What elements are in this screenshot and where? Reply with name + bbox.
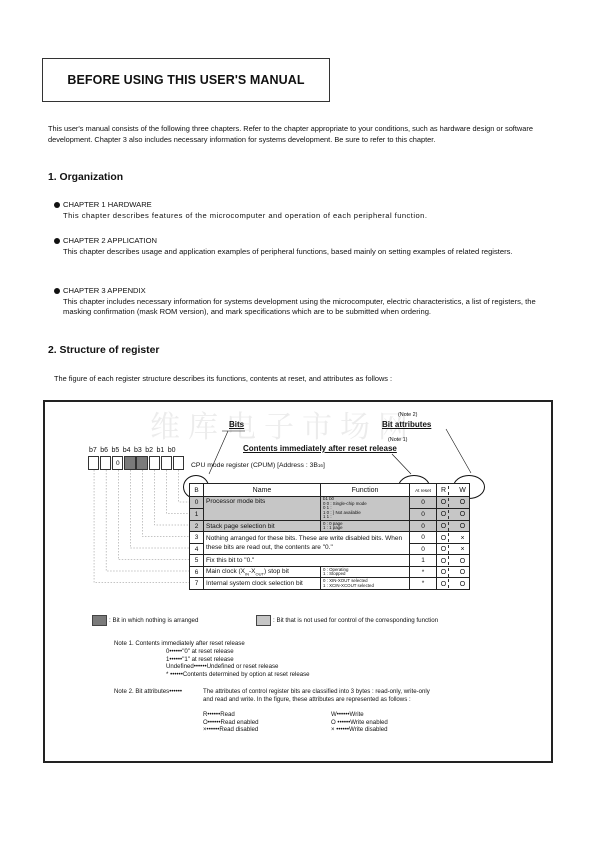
col-b: B bbox=[190, 484, 204, 497]
row-at-reset: 0 bbox=[410, 532, 437, 544]
row-rw: OO bbox=[437, 497, 470, 509]
col-name: Name bbox=[204, 484, 321, 497]
row-function: 0 : XIN-XOUT selected1 : XCIN-XCOUT sele… bbox=[321, 578, 410, 590]
col-at-reset: At reset bbox=[410, 484, 437, 497]
note1-items: 0••••••"0" at reset release 1••••••"1" a… bbox=[166, 648, 310, 678]
register-table: B Name Function At reset RW 0 Processor … bbox=[189, 483, 470, 590]
row-function: 0 : 0 page1 : 1 page bbox=[321, 520, 410, 532]
col-function: Function bbox=[321, 484, 410, 497]
row-at-reset: 1 bbox=[410, 555, 437, 567]
row-rw: O× bbox=[437, 543, 470, 555]
row-name: Stack page selection bit bbox=[204, 520, 321, 532]
col-rw: RW bbox=[437, 484, 470, 497]
note2-text: The attributes of control register bits … bbox=[203, 688, 430, 703]
row-rw: OO bbox=[437, 578, 470, 590]
row-b: 6 bbox=[190, 566, 204, 578]
row-function: b1 b00 0 : Single-chip mode0 1 :1 0 : } … bbox=[321, 497, 410, 521]
row-b: 4 bbox=[190, 543, 204, 555]
row-b: 3 bbox=[190, 532, 204, 544]
row-name: Processor mode bits bbox=[204, 497, 321, 521]
row-function: 0 : Operating1 : Stopped bbox=[321, 566, 410, 578]
light-swatch bbox=[256, 615, 271, 626]
row-rw: O× bbox=[437, 532, 470, 544]
row-name: Fix this bit to "0." bbox=[204, 555, 410, 567]
note2-title: Note 2. Bit attributes•••••• bbox=[114, 688, 182, 696]
row-b: 2 bbox=[190, 520, 204, 532]
row-at-reset: * bbox=[410, 566, 437, 578]
row-at-reset: 0 bbox=[410, 520, 437, 532]
row-name: Internal system clock selection bit bbox=[204, 578, 321, 590]
row-at-reset: * bbox=[410, 578, 437, 590]
row-name: Main clock (XIN-XOUT) stop bit bbox=[204, 566, 321, 578]
row-b: 1 bbox=[190, 508, 204, 520]
note1-title: Note 1. Contents immediately after reset… bbox=[114, 640, 245, 648]
note2-right-list: W••••••Write O ••••••Write enabled × •••… bbox=[331, 711, 388, 734]
row-b: 0 bbox=[190, 497, 204, 509]
row-b: 5 bbox=[190, 555, 204, 567]
row-name: Nothing arranged for these bits. These a… bbox=[204, 532, 410, 555]
row-b: 7 bbox=[190, 578, 204, 590]
row-rw: OO bbox=[437, 508, 470, 520]
row-rw: OO bbox=[437, 520, 470, 532]
row-rw: OO bbox=[437, 566, 470, 578]
dark-swatch bbox=[92, 615, 107, 626]
note2-left-list: R••••••Read O••••••Read enabled ×••••••R… bbox=[203, 711, 259, 734]
legend-light: : Bit that is not used for control of th… bbox=[256, 615, 438, 626]
row-at-reset: 0 bbox=[410, 543, 437, 555]
row-at-reset: 0 bbox=[410, 508, 437, 520]
row-rw: OO bbox=[437, 555, 470, 567]
row-at-reset: 0 bbox=[410, 497, 437, 509]
legend-dark: : Bit in which nothing is arranged bbox=[92, 615, 198, 626]
leader-lines bbox=[0, 0, 595, 842]
